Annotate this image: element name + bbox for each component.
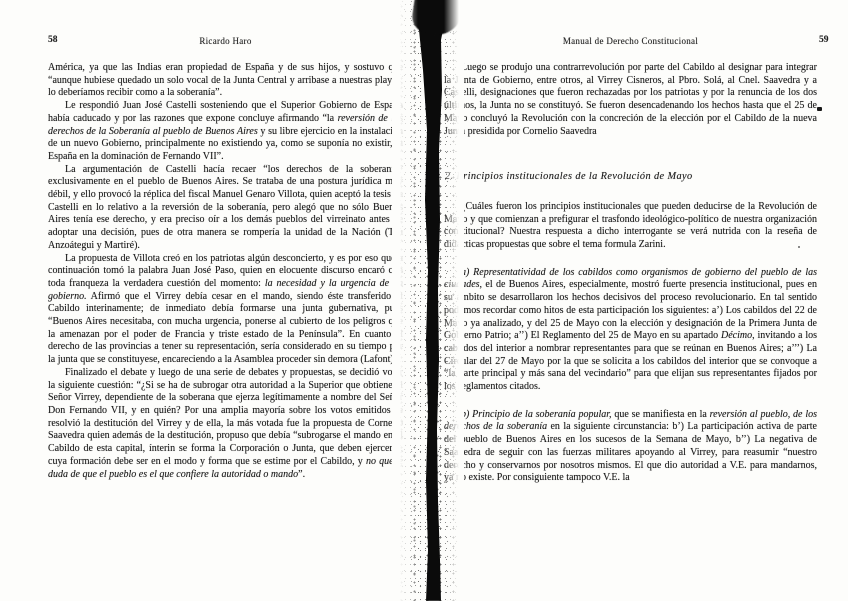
paragraph: a) Representatividad de los cabildos com… (444, 267, 817, 394)
paragraph: Le respondió Juan José Castelli sostenie… (48, 100, 403, 164)
scan-speck (817, 107, 822, 111)
running-header-right: Manual de Derecho Constitucional (444, 36, 817, 46)
scan-speck (798, 246, 800, 248)
page-number-right: 59 (819, 35, 829, 45)
right-page-body: Luego se produjo una contrarrevolución p… (444, 62, 817, 485)
paragraph: ¿Cuáles fueron los principios institucio… (444, 201, 817, 252)
left-page-body: América, ya que las Indias eran propieda… (48, 62, 403, 481)
section-heading: 2. Principios institucionales de la Revo… (444, 171, 817, 184)
paragraph: Finalizado el debate y luego de una seri… (48, 367, 403, 481)
scan-speck (769, 119, 771, 121)
paragraph: La propuesta de Villota creó en los patr… (48, 253, 403, 367)
paragraph: Luego se produjo una contrarrevolución p… (444, 62, 817, 138)
running-header-left: Ricardo Haro (48, 36, 403, 46)
paragraph: América, ya que las Indias eran propieda… (48, 62, 403, 100)
scan-gutter-top-blob (410, 0, 465, 38)
paragraph: La argumentación de Castelli hacía recae… (48, 164, 403, 253)
book-scan: { "colors": { "paper": "#fdfdfb", "ink":… (0, 0, 848, 601)
paragraph: b) Principio de la soberanía popular, qu… (444, 409, 817, 485)
